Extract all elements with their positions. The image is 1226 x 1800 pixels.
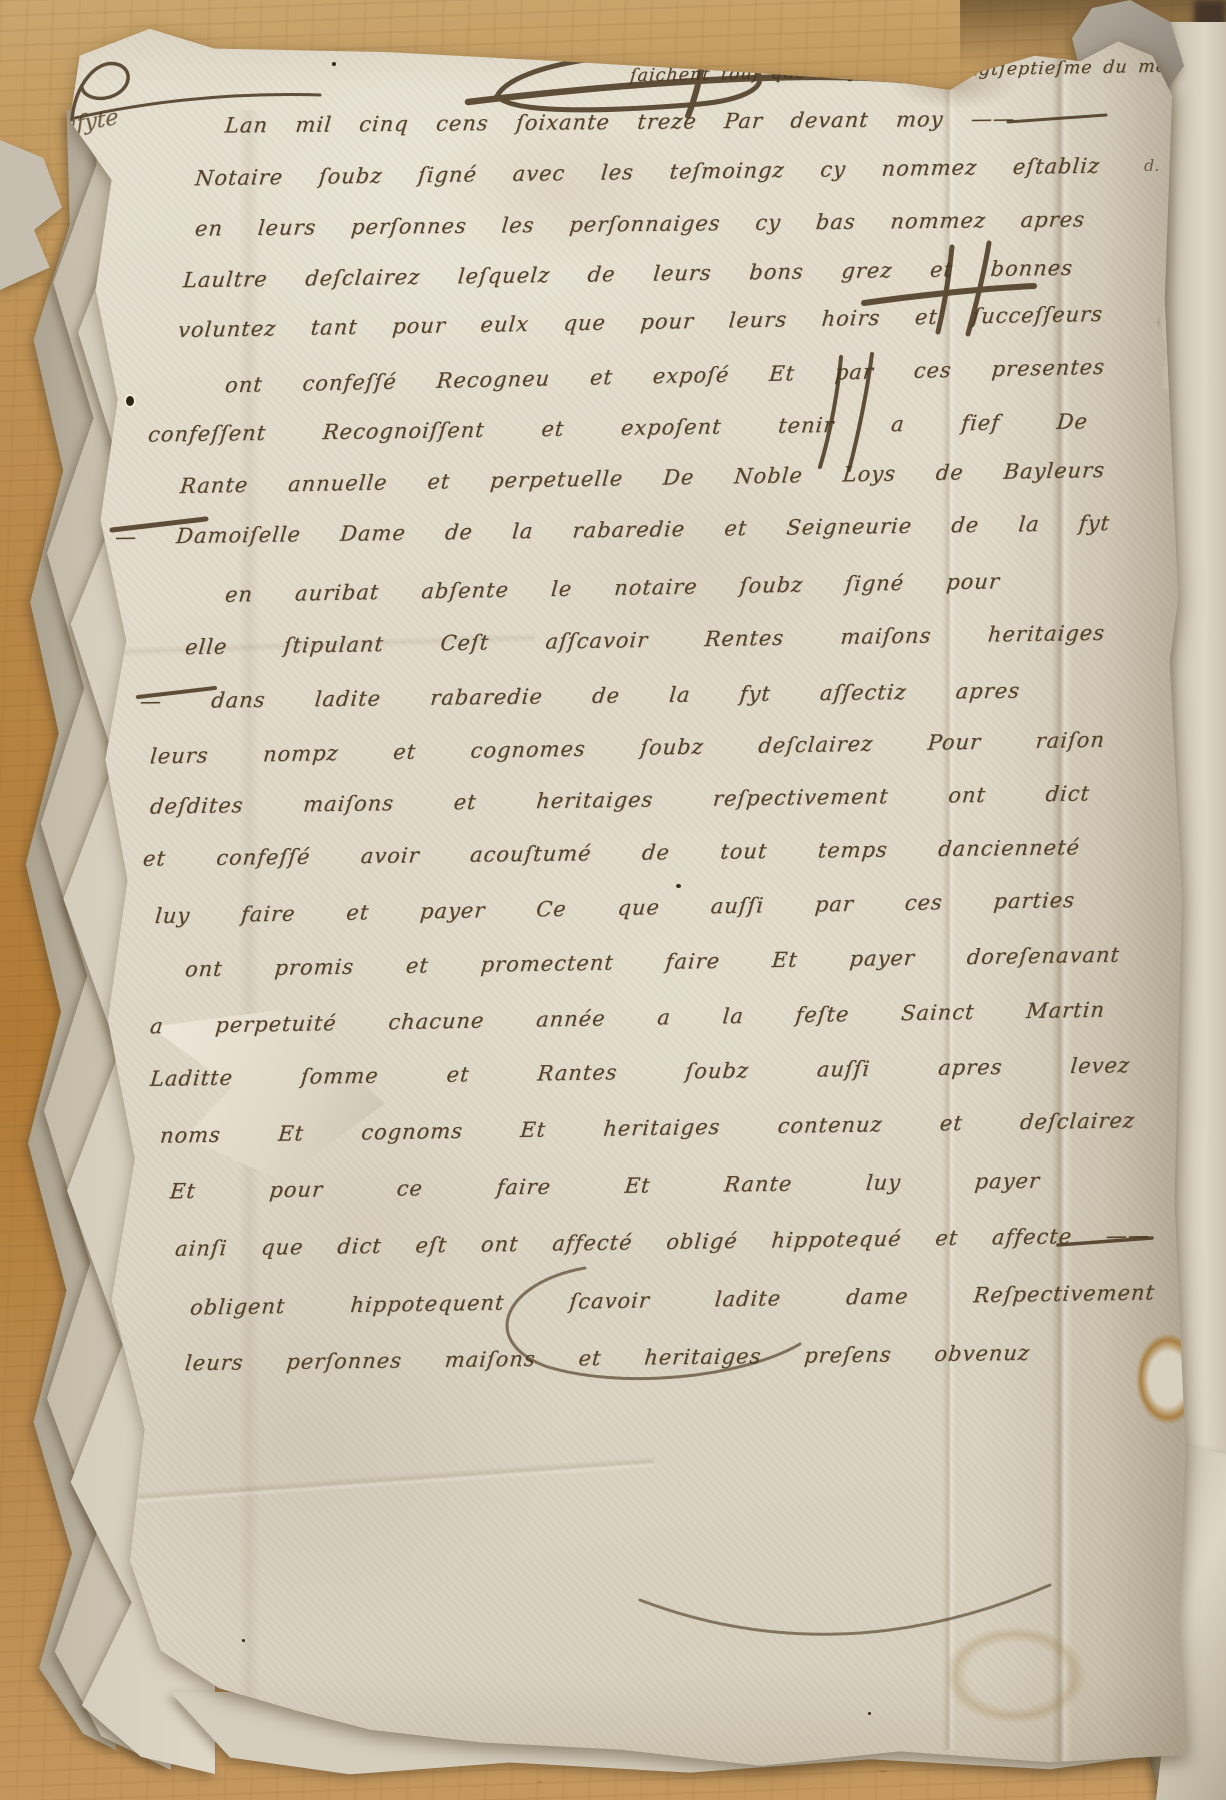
edge-text-fragment: tig bbox=[1189, 1117, 1208, 1134]
water-stain-ring bbox=[920, 1610, 1110, 1740]
manuscript-line: a perpetuité chacune année a la feſte Sa… bbox=[149, 1000, 1106, 1038]
manuscript-line: leurs nompz et cognomes ſoubz deſclairez… bbox=[149, 730, 1106, 768]
marginal-letter-mark: d. bbox=[1144, 156, 1159, 175]
ink-speck bbox=[332, 62, 336, 66]
h-flourish-crossbar bbox=[864, 286, 1034, 303]
ink-speck bbox=[868, 1712, 871, 1715]
manuscript-line: voluntez tant pour eulx que pour leurs h… bbox=[177, 304, 1104, 341]
manuscript-line: Et pour ce faire Et Rante luy payer bbox=[169, 1171, 1041, 1203]
manuscript-line: ſaichent touſ que au jourdhuy vingtſepti… bbox=[629, 60, 1098, 86]
descender-swash bbox=[640, 1585, 1050, 1634]
horizontal-crease bbox=[115, 1456, 655, 1506]
ink-speck bbox=[95, 1743, 99, 1746]
manuscript-line: ont confeſſé Recogneu et expoſé Et par c… bbox=[224, 357, 1106, 396]
manuscript-line: ainſi que dict eſt ont affecté obligé hi… bbox=[174, 1225, 1151, 1260]
manuscript-photo: ſaichent touſ que au jourdhuy vingtſepti… bbox=[0, 0, 1226, 1800]
manuscript-line: confeſſent Recognoiſſent et expoſent ten… bbox=[147, 411, 1089, 445]
torn-hole-right-upper bbox=[1154, 282, 1204, 400]
line2-end-dash bbox=[1008, 115, 1106, 122]
manuscript-line: luy faire et payer Ce que auſſi par ces … bbox=[154, 890, 1076, 927]
manuscript-line: obligent hippotequent ſcavoir ladite dam… bbox=[189, 1282, 1156, 1318]
manuscript-line: Rante annuelle et perpetuelle De Noble L… bbox=[179, 460, 1106, 497]
edge-text-fragment: cy bbox=[1191, 1079, 1207, 1095]
manuscript-line: ont promis et promectent faire Et payer … bbox=[184, 945, 1121, 981]
top-edge-smudge bbox=[890, 58, 1020, 110]
manuscript-page: ſaichent touſ que au jourdhuy vingtſepti… bbox=[0, 0, 1226, 1800]
manuscript-line: Laultre deſclairez leſquelz de leurs bon… bbox=[182, 258, 1074, 291]
margin-annotation: Lafyte bbox=[49, 91, 198, 142]
ink-speck bbox=[676, 884, 681, 888]
manuscript-line: elle ſtipulant Ceſt aſſcavoir Rentes mai… bbox=[184, 623, 1106, 658]
ink-speck bbox=[242, 1639, 245, 1642]
manuscript-line: leurs perſonnes maiſons et heritaiges pr… bbox=[184, 1343, 1031, 1374]
manuscript-line: — dans ladite rabaredie de la fyt aſſect… bbox=[139, 681, 1021, 713]
torn-hole-right-lower-stained bbox=[1128, 1322, 1208, 1436]
manuscript-page-wrapper: ſaichent touſ que au jourdhuy vingtſepti… bbox=[0, 0, 1226, 1800]
manuscript-line: et confeſſé avoir acouſtumé de tout temp… bbox=[142, 837, 1081, 869]
manuscript-line: en leurs perſonnes les perſonnaiges cy b… bbox=[194, 209, 1086, 239]
manuscript-line: en auribat abſente le notaire ſoubz ſign… bbox=[224, 571, 1001, 606]
manuscript-line: Notaire ſoubz ſigné avec les teſmoingz c… bbox=[194, 156, 1101, 190]
manuscript-line: Lan mil cinq cens ſoixante treze Par dev… bbox=[224, 109, 1016, 137]
manuscript-line: deſdites maiſons et heritaiges reſpectiv… bbox=[149, 783, 1091, 817]
worm-hole bbox=[126, 396, 134, 406]
manuscript-line: — Damoiſelle Dame de la rabaredie et Sei… bbox=[114, 513, 1111, 548]
